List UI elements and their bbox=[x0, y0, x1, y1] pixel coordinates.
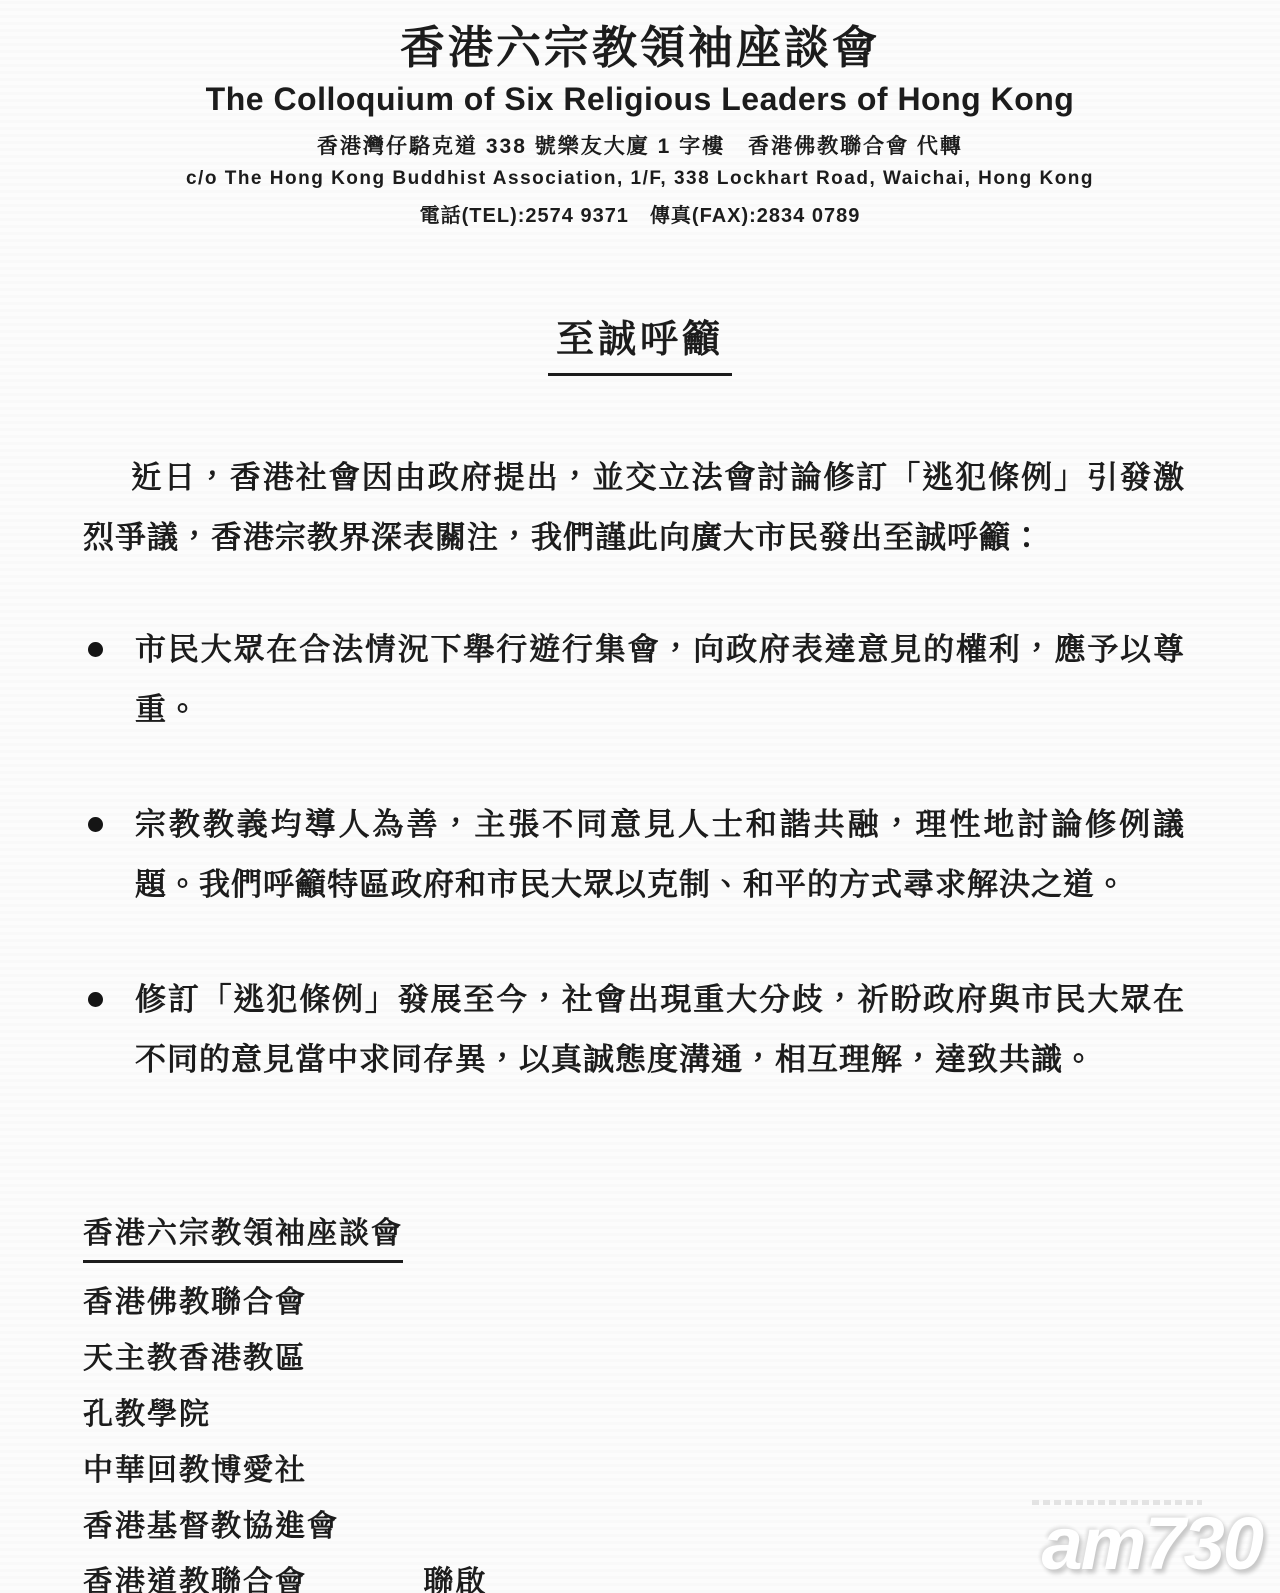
signatory-org-6-row: 香港道教聯合會 聯啟 bbox=[83, 1567, 1185, 1593]
letter-body: 近日，香港社會因由政府提出，並交立法會討論修訂「逃犯條例」引發激烈爭議，香港宗教… bbox=[83, 448, 1185, 1593]
letterhead: 香港六宗教領袖座談會 The Colloquium of Six Religio… bbox=[0, 0, 1280, 228]
subject-row: 至誠呼籲 bbox=[0, 308, 1280, 376]
signatory-org-1: 香港佛教聯合會 bbox=[83, 1287, 1185, 1319]
signatory-org-4: 中華回教博愛社 bbox=[83, 1455, 1185, 1487]
bullet-dot-icon bbox=[88, 992, 103, 1007]
org-address-chinese: 香港灣仔駱克道 338 號樂友大廈 1 字樓 香港佛教聯合會 代轉 bbox=[0, 130, 1280, 160]
bullet-text-2: 宗教教義均導人為善，主張不同意見人士和諧共融，理性地討論修例議題。我們呼籲特區政… bbox=[135, 807, 1185, 902]
intro-paragraph: 近日，香港社會因由政府提出，並交立法會討論修訂「逃犯條例」引發激烈爭議，香港宗教… bbox=[83, 448, 1185, 568]
signatory-org-2: 天主教香港教區 bbox=[83, 1343, 1185, 1375]
signature-heading: 香港六宗教領袖座談會 bbox=[83, 1208, 403, 1263]
subject-title: 至誠呼籲 bbox=[548, 308, 732, 376]
document-page: 香港六宗教領袖座談會 The Colloquium of Six Religio… bbox=[0, 0, 1280, 1593]
bullet-text-3: 修訂「逃犯條例」發展至今，社會出現重大分歧，祈盼政府與市民大眾在不同的意見當中求… bbox=[135, 982, 1185, 1077]
org-phone-fax: 電話(TEL):2574 9371 傳真(FAX):2834 0789 bbox=[0, 199, 1280, 228]
bullet-item-1: 市民大眾在合法情況下舉行遊行集會，向政府表達意見的權利，應予以尊重。 bbox=[83, 620, 1185, 740]
bullet-text-1: 市民大眾在合法情況下舉行遊行集會，向政府表達意見的權利，應予以尊重。 bbox=[135, 632, 1185, 727]
signatory-org-6: 香港道教聯合會 bbox=[83, 1566, 307, 1593]
signatory-org-3: 孔教學院 bbox=[83, 1399, 1185, 1431]
signatory-org-5: 香港基督教協進會 bbox=[83, 1511, 1185, 1543]
bullet-item-3: 修訂「逃犯條例」發展至今，社會出現重大分歧，祈盼政府與市民大眾在不同的意見當中求… bbox=[83, 970, 1185, 1090]
org-title-english: The Colloquium of Six Religious Leaders … bbox=[0, 82, 1280, 117]
appeal-bullet-list: 市民大眾在合法情況下舉行遊行集會，向政府表達意見的權利，應予以尊重。 宗教教義均… bbox=[83, 620, 1185, 1090]
org-address-english: c/o The Hong Kong Buddhist Association, … bbox=[0, 168, 1280, 190]
joint-signature-label: 聯啟 bbox=[423, 1566, 487, 1593]
bullet-dot-icon bbox=[88, 817, 103, 832]
bullet-item-2: 宗教教義均導人為善，主張不同意見人士和諧共融，理性地討論修例議題。我們呼籲特區政… bbox=[83, 795, 1185, 915]
bullet-dot-icon bbox=[88, 642, 103, 657]
signature-block: 香港六宗教領袖座談會 香港佛教聯合會 天主教香港教區 孔教學院 中華回教博愛社 … bbox=[83, 1208, 1185, 1593]
org-title-chinese: 香港六宗教領袖座談會 bbox=[0, 20, 1280, 76]
